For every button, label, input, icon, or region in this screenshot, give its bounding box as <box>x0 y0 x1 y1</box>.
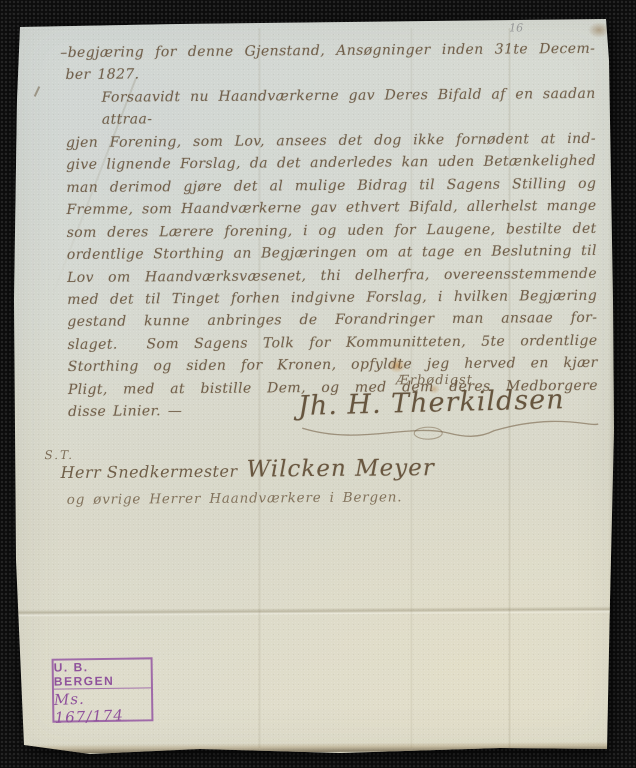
manuscript-page: 16 –begjæring for denne Gjenstand, Ansøg… <box>0 0 636 768</box>
addressee-second-line: og øvrige Herrer Haandværkere i Bergen. <box>67 489 403 508</box>
letter-content: 16 –begjæring for denne Gjenstand, Ansøg… <box>0 0 636 768</box>
pencil-number: 16 <box>509 21 523 34</box>
addressee-name: Wilcken Meyer <box>246 455 434 482</box>
manuscript-line: Forsaavidt nu Haandværkerne gav Deres Bi… <box>66 83 596 132</box>
library-stamp: U. B. BERGEN Ms. 167/174 <box>52 657 154 722</box>
signature-flourish <box>298 418 603 454</box>
library-stamp-shelfmark: Ms. 167/174 <box>54 687 152 727</box>
addressee-title: Herr Snedkermester <box>60 462 237 482</box>
addressee-line: Herr SnedkermesterWilcken Meyer <box>60 455 434 484</box>
photo-background: 16 –begjæring for denne Gjenstand, Ansøg… <box>0 0 636 768</box>
manuscript-line: –begjæring for denne Gjenstand, Ansøgnin… <box>60 38 595 65</box>
paper-shadow: 16 –begjæring for denne Gjenstand, Ansøg… <box>0 0 636 768</box>
letter-body: –begjæring for denne Gjenstand, Ansøgnin… <box>65 38 598 424</box>
library-stamp-institution: U. B. BERGEN <box>54 659 151 689</box>
